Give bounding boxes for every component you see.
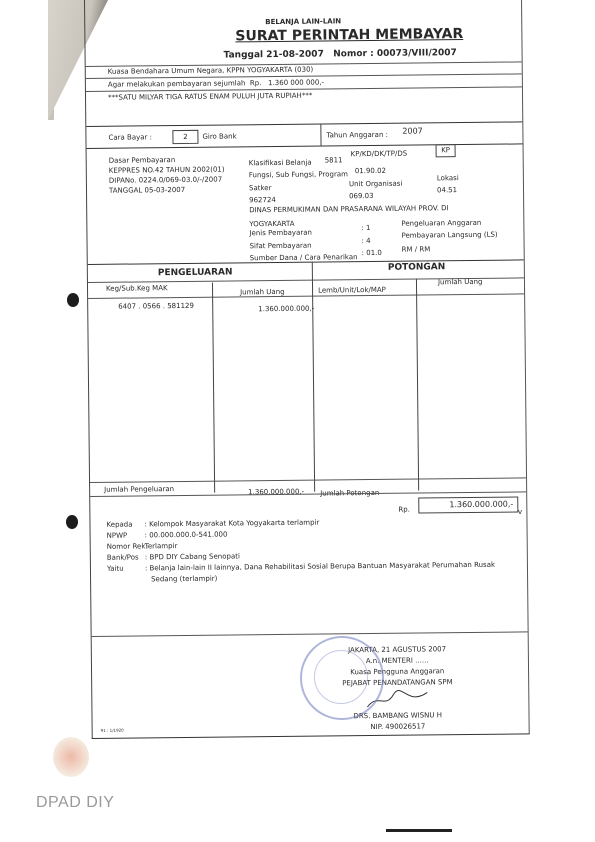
payment-amount-line: Agar melakukan pembayaran sejumlah Rp. 1… (108, 78, 324, 88)
document-title: SURAT PERINTAH MEMBAYAR (235, 26, 463, 44)
col-jumlah-potongan: Jumlah Uang (438, 278, 483, 286)
category-label: BELANJA LAIN-LAIN (265, 17, 341, 26)
punch-hole-bottom (66, 515, 78, 529)
recipient-values: : Kelompok Masyarakat Kota Yogyakarta te… (144, 516, 495, 586)
kp-value: KP (436, 144, 456, 157)
date-label: Tanggal (224, 50, 264, 60)
dinas-line-1: DINAS PERMUKIMAN DAN PRASARANA WILAYAH P… (249, 204, 448, 214)
klasifikasi-label: Klasifikasi Belanja (249, 159, 312, 168)
pengeluaran-title: PENGELUARAN (158, 267, 233, 278)
potongan-title: POTONGAN (388, 262, 446, 273)
form-code: 91 : 1/1920 (101, 728, 124, 733)
unit-value: 069.03 (349, 192, 374, 200)
dpad-logo-icon (53, 737, 89, 777)
jenis-text: Pengeluaran Anggaran (401, 219, 481, 228)
jenis-label: Jenis Pembayaran (249, 229, 312, 238)
punch-hole-top (67, 293, 79, 307)
dasar-pembayaran: Dasar Pembayaran KEPPRES NO.42 TAHUN 200… (109, 155, 225, 196)
jenis-code: : 1 (361, 224, 370, 232)
fungsi-label: Fungsi, Sub Fungsi, Program (249, 170, 348, 179)
recipient-labels: Kepada NPWP Nomor Rek: Bank/Pos Yaitu (106, 519, 148, 574)
fungsi-value: 01.90.02 (355, 167, 386, 175)
date-value: 21-08-2007 (266, 49, 324, 60)
col-map: Lemb/Unit/Lok/MAP (318, 286, 386, 295)
sifat-code: : 4 (361, 237, 370, 245)
spm-document: BELANJA LAIN-LAIN SURAT PERINTAH MEMBAYA… (84, 0, 530, 739)
bottom-bar (386, 829, 452, 832)
kp-label: KP/KD/DK/TP/DS (351, 150, 408, 159)
lokasi-label: Lokasi (437, 174, 459, 182)
number-label: Nomor : (333, 49, 374, 59)
kppn-line: Kuasa Bendahara Umum Negara, KPPN YOGYAK… (108, 66, 314, 76)
document-date-number: Tanggal 21-08-2007 Nomor : 00073/VIII/20… (224, 48, 457, 60)
klasifikasi-value: 5811 (325, 156, 343, 164)
tahun-anggaran-label: Tahun Anggaran : (326, 131, 388, 140)
satker-value: 962724 (249, 196, 276, 204)
unit-label: Unit Organisasi (349, 180, 402, 189)
cara-bayar-text: Giro Bank (202, 132, 236, 140)
sifat-text: Pembayaran Langsung (LS) (401, 231, 497, 240)
net-amount: 1.360.000.000,- (418, 496, 518, 513)
tahun-anggaran-value: 2007 (402, 126, 422, 135)
payment-amount: 1.360 000 000,- (268, 78, 324, 87)
lokasi-value: 04.51 (437, 186, 457, 194)
net-currency: Rp. (398, 506, 410, 514)
signer-nip: NIP. 490026517 (343, 721, 454, 733)
total-pengeluaran-label: Jumlah Pengeluaran (104, 485, 174, 494)
cara-bayar-label: Cara Bayar : (108, 133, 152, 141)
number-value: 00073/VIII/2007 (377, 48, 457, 59)
row-mak: 6407 . 0566 . 581129 (118, 302, 194, 311)
col-mak: Keg/Sub.Keg MAK (106, 284, 168, 293)
sifat-label: Sifat Pembayaran (250, 242, 312, 251)
row-amount: 1.360.000.000,- (258, 305, 314, 314)
official-stamp (300, 636, 384, 720)
amount-in-words: ***SATU MILYAR TIGA RATUS ENAM PULUH JUT… (108, 92, 312, 102)
sumber-code: : 01.0 (362, 249, 382, 257)
dinas-line-2: YOGYAKARTA (249, 220, 294, 228)
cara-bayar-code: 2 (172, 130, 198, 144)
satker-label: Satker (249, 184, 272, 192)
tick-mark: v (518, 508, 522, 516)
sumber-text: RM / RM (402, 245, 431, 253)
yaitu-value-cont: Sedang (terlampir) (145, 571, 495, 586)
watermark: DPAD DIY (36, 794, 114, 812)
